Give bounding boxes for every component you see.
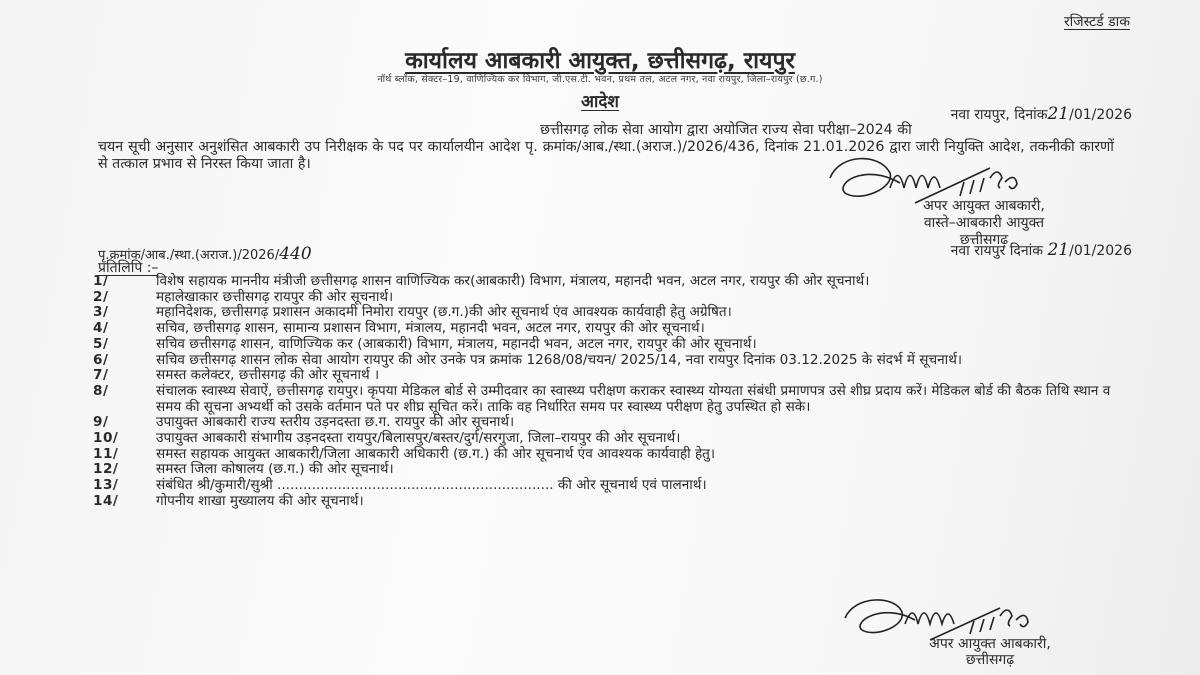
copy-list-item-text: संबंधित श्री/कुमारी/सुश्री .............…	[156, 478, 1123, 494]
copy-list-item-number: 8/	[93, 384, 156, 415]
office-name-heading: कार्यालय आबकारी आयुक्त, छत्तीसगढ़, रायपु…	[0, 43, 1200, 75]
designation-2-line-1: अपर आयुक्त आबकारी,	[860, 636, 1120, 652]
copy-list-item-number: 9/	[93, 415, 156, 431]
copy-list-item: 1/विशेष सहायक माननीय मंत्रीजी छत्तीसगढ़ …	[93, 274, 1123, 290]
copy-list-item: 13/संबंधित श्री/कुमारी/सुश्री ..........…	[93, 478, 1123, 494]
copy-list-item-text: सचिव छत्तीसगढ़ शासन लोक सेवा आयोग रायपुर…	[156, 353, 1123, 369]
copy-list-item: 4/सचिव, छत्तीसगढ़ शासन, सामान्य प्रशासन …	[93, 321, 1123, 337]
copy-list-item-text: महानिदेशक, छत्तीसगढ़ प्रशासन अकादमी निमो…	[156, 305, 1123, 321]
order-date-rest: /01/2026	[1069, 107, 1132, 123]
copy-ref-number-handwritten: 440	[279, 244, 311, 264]
designation-1-line-2: वास्ते–आबकारी आयुक्त	[834, 215, 1134, 232]
copy-list-item-number: 10/	[93, 431, 156, 447]
designation-2-line-2: छत्तीसगढ़	[860, 652, 1120, 668]
order-date-prefix: नवा रायपुर, दिनांक	[951, 107, 1048, 123]
copy-list-item: 6/सचिव छत्तीसगढ़ शासन लोक सेवा आयोग रायप…	[93, 353, 1123, 369]
order-body-line-1: छत्तीसगढ़ लोक सेवा आयोग द्वारा अयोजित रा…	[98, 122, 1114, 139]
designation-block-2: अपर आयुक्त आबकारी, छत्तीसगढ़	[860, 636, 1120, 668]
copy-list-item-number: 1/	[93, 274, 156, 290]
copy-list-item-number: 3/	[93, 305, 156, 321]
copy-list-item: 3/महानिदेशक, छत्तीसगढ़ प्रशासन अकादमी नि…	[93, 305, 1123, 321]
copy-list-item-text: सचिव, छत्तीसगढ़ शासन, सामान्य प्रशासन वि…	[156, 321, 1123, 337]
copy-date-day-handwritten: 21	[1047, 240, 1069, 260]
copy-list-item-number: 4/	[93, 321, 156, 337]
copy-list-item-number: 6/	[93, 353, 156, 369]
copy-list-item-text: संचालक स्वास्थ्य सेवाऐं, छत्तीसगढ़ रायपु…	[156, 384, 1123, 415]
copy-list-item: 8/संचालक स्वास्थ्य सेवाऐं, छत्तीसगढ़ राय…	[93, 384, 1123, 415]
copy-list-item: 14/गोपनीय शाखा मुख्यालय की ओर सूचनार्थ।	[93, 494, 1123, 510]
copy-list-item: 12/समस्त जिला कोषालय (छ.ग.) की ओर सूचनार…	[93, 462, 1123, 478]
copy-list-item-number: 14/	[93, 494, 156, 510]
copy-distribution-list: 1/विशेष सहायक माननीय मंत्रीजी छत्तीसगढ़ …	[93, 274, 1123, 510]
copy-list-item-text: समस्त कलेक्टर, छत्तीसगढ़ की ओर सूचनार्थ …	[156, 368, 1123, 384]
copy-list-item-text: उपायुक्त आबकारी राज्य स्तरीय उड़नदस्ता छ…	[156, 415, 1123, 431]
copy-date-rest: /01/2026	[1069, 243, 1132, 259]
registered-post-label: रजिस्टर्ड डाक	[1064, 12, 1130, 31]
copy-date: नवा रायपुर दिनांक 21/01/2026	[951, 240, 1132, 260]
copy-list-item: 9/उपायुक्त आबकारी राज्य स्तरीय उड़नदस्ता…	[93, 415, 1123, 431]
copy-list-item: 7/समस्त कलेक्टर, छत्तीसगढ़ की ओर सूचनार्…	[93, 368, 1123, 384]
copy-list-item-text: सचिव छत्तीसगढ़ शासन, वाणिज्यिक कर (आबकार…	[156, 337, 1123, 353]
order-date-day-handwritten: 21	[1047, 104, 1069, 124]
order-date: नवा रायपुर, दिनांक21/01/2026	[951, 104, 1132, 124]
copy-list-item-text: समस्त जिला कोषालय (छ.ग.) की ओर सूचनार्थ।	[156, 462, 1123, 478]
copy-list-item-number: 5/	[93, 337, 156, 353]
copy-list-item-number: 7/	[93, 368, 156, 384]
office-address: नॉर्थ ब्लॉक, सेक्टर–19, वाणिज्यिक कर विभ…	[0, 72, 1200, 85]
copy-list-item-number: 13/	[93, 478, 156, 494]
copy-list-item-text: गोपनीय शाखा मुख्यालय की ओर सूचनार्थ।	[156, 494, 1123, 510]
copy-list-item-text: विशेष सहायक माननीय मंत्रीजी छत्तीसगढ़ शा…	[156, 274, 1123, 290]
copy-list-item-text: उपायुक्त आबकारी संभागीय उड़नदस्ता रायपुर…	[156, 431, 1123, 447]
copy-list-item-number: 11/	[93, 447, 156, 463]
copy-list-item: 5/सचिव छत्तीसगढ़ शासन, वाणिज्यिक कर (आबक…	[93, 337, 1123, 353]
copy-list-item: 10/उपायुक्त आबकारी संभागीय उड़नदस्ता राय…	[93, 431, 1123, 447]
copy-list-item-number: 2/	[93, 290, 156, 306]
copy-date-prefix: नवा रायपुर दिनांक	[951, 243, 1043, 259]
designation-1-line-1: अपर आयुक्त आबकारी,	[834, 198, 1134, 215]
copy-list-item-number: 12/	[93, 462, 156, 478]
